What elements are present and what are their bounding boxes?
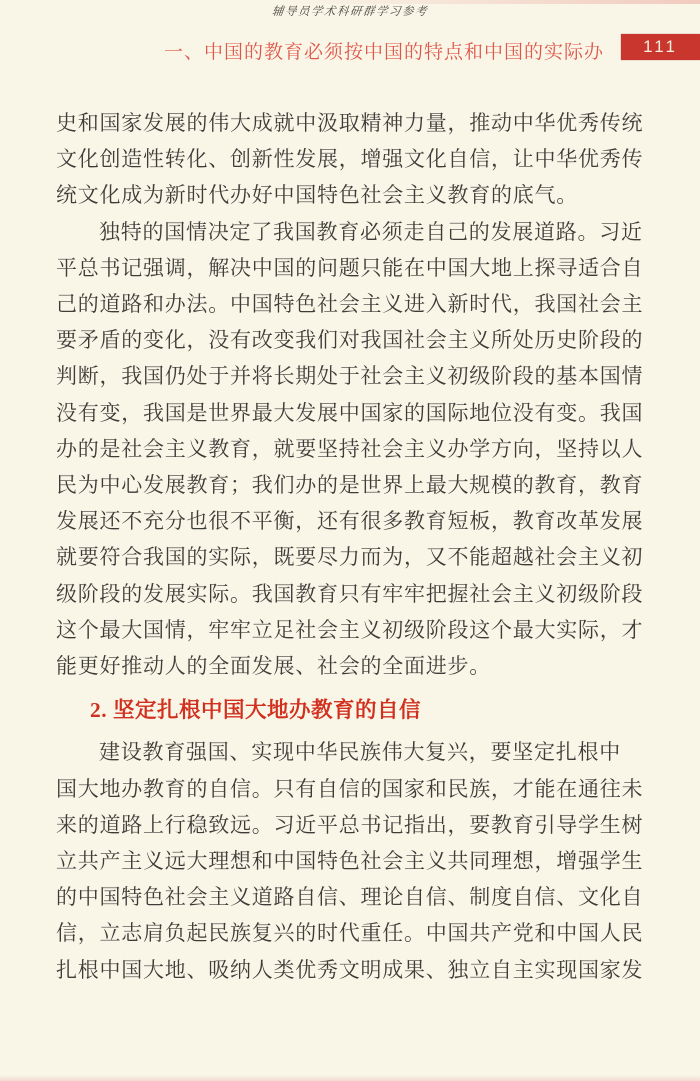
page-number: 111 xyxy=(643,37,678,57)
text-line: 要矛盾的变化，没有改变我们对我国社会主义所处历史阶段的 xyxy=(56,322,646,358)
text-line: 文化创造性转化、创新性发展，增强文化自信，让中华优秀传 xyxy=(56,141,646,177)
text-line: 独特的国情决定了我国教育必须走自己的发展道路。习近 xyxy=(56,214,646,250)
text-line: 办的是社会主义教育，就要坚持社会主义办学方向，坚持以人 xyxy=(56,431,646,467)
body-text: 史和国家发展的伟大成就中汲取精神力量，推动中华优秀传统 文化创造性转化、创新性发… xyxy=(56,105,646,988)
text-line: 国大地办教育的自信。只有自信的国家和民族，才能在通往未 xyxy=(56,771,646,807)
text-line: 己的道路和办法。中国特色社会主义进入新时代，我国社会主 xyxy=(56,286,646,322)
text-line: 统文化成为新时代办好中国特色社会主义教育的底气。 xyxy=(56,177,646,213)
running-header: 辅导员学术科研群学习参考 xyxy=(0,3,700,19)
text-line: 平总书记强调，解决中国的问题只能在中国大地上探寻适合自 xyxy=(56,250,646,286)
text-line: 能更好推动人的全面发展、社会的全面进步。 xyxy=(56,648,646,684)
text-line: 来的道路上行稳致远。习近平总书记指出，要教育引导学生树 xyxy=(56,807,646,843)
section-heading: 2. 坚定扎根中国大地办教育的自信 xyxy=(56,692,646,728)
text-line: 判断，我国仍处于并将长期处于社会主义初级阶段的基本国情 xyxy=(56,358,646,394)
text-line: 没有变，我国是世界最大发展中国家的国际地位没有变。我国 xyxy=(56,395,646,431)
text-line: 史和国家发展的伟大成就中汲取精神力量，推动中华优秀传统 xyxy=(56,105,646,141)
scan-edge-bottom xyxy=(0,1075,700,1081)
text-line: 信，立志肩负起民族复兴的时代重任。中国共产党和中国人民 xyxy=(56,915,646,951)
chapter-header-row: 一、中国的教育必须按中国的特点和中国的实际办 111 xyxy=(0,34,700,60)
page-number-box: 111 xyxy=(621,34,700,60)
text-line: 的中国特色社会主义道路自信、理论自信、制度自信、文化自 xyxy=(56,879,646,915)
text-line: 扎根中国大地、吸纳人类优秀文明成果、独立自主实现国家发 xyxy=(56,952,646,988)
text-line: 发展还不充分也很不平衡，还有很多教育短板，教育改革发展 xyxy=(56,503,646,539)
text-line: 民为中心发展教育；我们办的是世界上最大规模的教育，教育 xyxy=(56,467,646,503)
text-line: 立共产主义远大理想和中国特色社会主义共同理想，增强学生 xyxy=(56,843,646,879)
text-line: 就要符合我国的实际，既要尽力而为，又不能超越社会主义初 xyxy=(56,539,646,575)
text-line: 建设教育强国、实现中华民族伟大复兴，要坚定扎根中 xyxy=(56,734,646,770)
chapter-title: 一、中国的教育必须按中国的特点和中国的实际办 xyxy=(164,37,604,64)
book-page: { "page": { "running_header": "辅导员学术科研群学… xyxy=(0,0,700,1081)
text-line: 级阶段的发展实际。我国教育只有牢牢把握社会主义初级阶段 xyxy=(56,576,646,612)
text-line: 这个最大国情，牢牢立足社会主义初级阶段这个最大实际，才 xyxy=(56,612,646,648)
